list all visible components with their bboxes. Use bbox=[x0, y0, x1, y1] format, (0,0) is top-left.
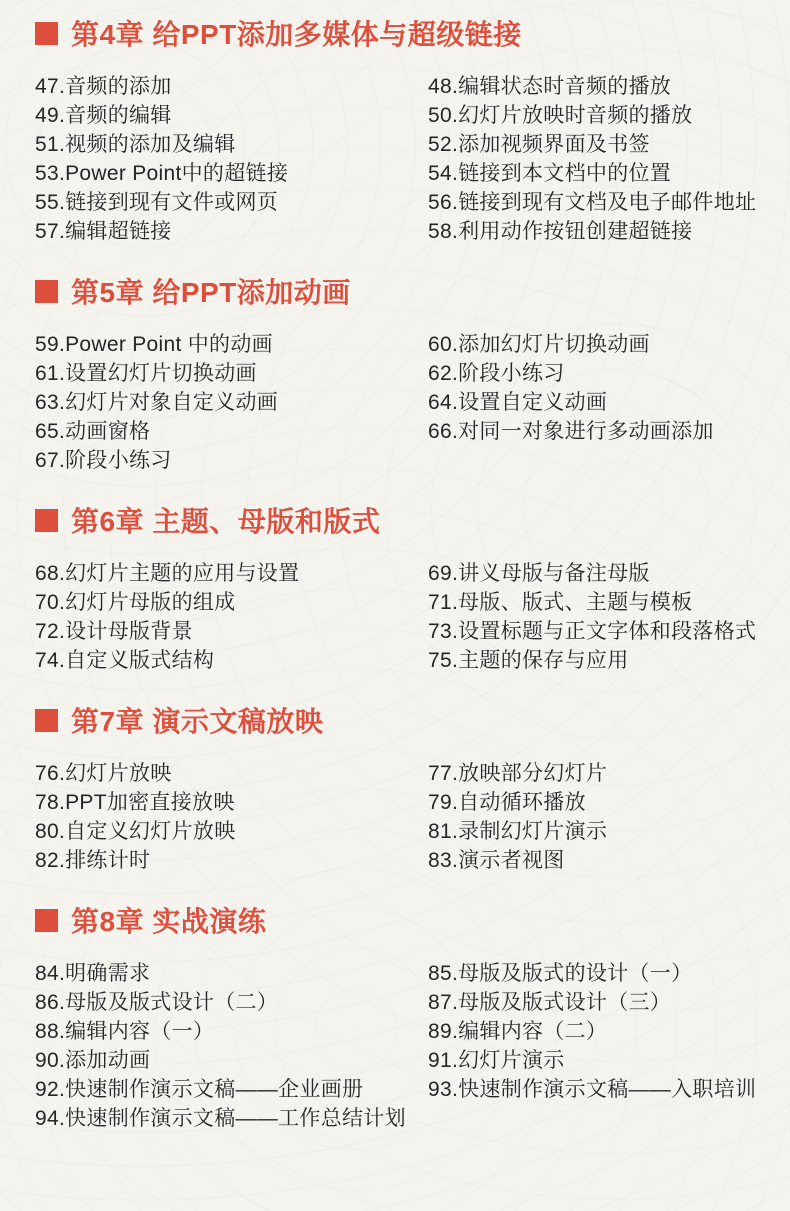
toc-item: 69.讲义母版与备注母版 bbox=[428, 559, 774, 588]
chapter-item-list: 76.幻灯片放映 77.放映部分幻灯片 78.PPT加密直接放映 79.自动循环… bbox=[35, 759, 774, 875]
toc-item: 89.编辑内容（二） bbox=[428, 1017, 774, 1046]
toc-item: 56.链接到现有文档及电子邮件地址 bbox=[428, 188, 774, 217]
toc-item: 54.链接到本文档中的位置 bbox=[428, 159, 774, 188]
toc-item: 85.母版及版式的设计（一） bbox=[428, 959, 774, 988]
toc-item: 64.设置自定义动画 bbox=[428, 388, 774, 417]
toc-item: 65.动画窗格 bbox=[35, 417, 428, 446]
toc-item: 59.Power Point 中的动画 bbox=[35, 330, 428, 359]
toc-item: 91.幻灯片演示 bbox=[428, 1046, 774, 1075]
chapter-title: 第6章 主题、母版和版式 bbox=[35, 505, 774, 539]
toc-item: 68.幻灯片主题的应用与设置 bbox=[35, 559, 428, 588]
square-bullet-icon bbox=[35, 280, 58, 303]
toc-item: 94.快速制作演示文稿——工作总结计划 bbox=[35, 1104, 428, 1133]
chapter-title: 第7章 演示文稿放映 bbox=[35, 705, 774, 739]
toc-item: 81.录制幻灯片演示 bbox=[428, 817, 774, 846]
chapter-title-text: 第4章 给PPT添加多媒体与超级链接 bbox=[71, 19, 522, 50]
toc-item: 84.明确需求 bbox=[35, 959, 428, 988]
toc-item: 71.母版、版式、主题与模板 bbox=[428, 588, 774, 617]
toc-item: 53.Power Point中的超链接 bbox=[35, 159, 428, 188]
toc-item: 49.音频的编辑 bbox=[35, 101, 428, 130]
chapter-item-list: 84.明确需求 85.母版及版式的设计（一） 86.母版及版式设计（二） 87.… bbox=[35, 959, 774, 1133]
chapter-item-list: 59.Power Point 中的动画 60.添加幻灯片切换动画 61.设置幻灯… bbox=[35, 330, 774, 475]
toc-item: 93.快速制作演示文稿——入职培训 bbox=[428, 1075, 774, 1104]
toc-item: 86.母版及版式设计（二） bbox=[35, 988, 428, 1017]
toc-item: 76.幻灯片放映 bbox=[35, 759, 428, 788]
chapter-section-6: 第6章 主题、母版和版式 68.幻灯片主题的应用与设置 69.讲义母版与备注母版… bbox=[35, 505, 774, 675]
chapter-title-text: 第6章 主题、母版和版式 bbox=[71, 506, 380, 537]
square-bullet-icon bbox=[35, 509, 58, 532]
toc-item: 80.自定义幻灯片放映 bbox=[35, 817, 428, 846]
toc-item: 52.添加视频界面及书签 bbox=[428, 130, 774, 159]
chapter-title-text: 第8章 实战演练 bbox=[71, 906, 266, 937]
chapter-title-text: 第7章 演示文稿放映 bbox=[71, 706, 323, 737]
toc-item: 88.编辑内容（一） bbox=[35, 1017, 428, 1046]
toc-item: 78.PPT加密直接放映 bbox=[35, 788, 428, 817]
chapter-section-4: 第4章 给PPT添加多媒体与超级链接 47.音频的添加 48.编辑状态时音频的播… bbox=[35, 18, 774, 246]
toc-item: 70.幻灯片母版的组成 bbox=[35, 588, 428, 617]
chapter-section-7: 第7章 演示文稿放映 76.幻灯片放映 77.放映部分幻灯片 78.PPT加密直… bbox=[35, 705, 774, 875]
toc-item: 90.添加动画 bbox=[35, 1046, 428, 1075]
square-bullet-icon bbox=[35, 22, 58, 45]
chapter-item-list: 47.音频的添加 48.编辑状态时音频的播放 49.音频的编辑 50.幻灯片放映… bbox=[35, 72, 774, 246]
toc-item: 74.自定义版式结构 bbox=[35, 646, 428, 675]
toc-item: 63.幻灯片对象自定义动画 bbox=[35, 388, 428, 417]
chapter-title-text: 第5章 给PPT添加动画 bbox=[71, 277, 351, 308]
square-bullet-icon bbox=[35, 709, 58, 732]
toc-item: 72.设计母版背景 bbox=[35, 617, 428, 646]
toc-item: 57.编辑超链接 bbox=[35, 217, 428, 246]
toc-item: 77.放映部分幻灯片 bbox=[428, 759, 774, 788]
chapter-section-5: 第5章 给PPT添加动画 59.Power Point 中的动画 60.添加幻灯… bbox=[35, 276, 774, 475]
toc-item: 79.自动循环播放 bbox=[428, 788, 774, 817]
course-toc-page: { "theme": { "accent_color": "#dd4f3c", … bbox=[0, 0, 790, 1211]
toc-item: 73.设置标题与正文字体和段落格式 bbox=[428, 617, 774, 646]
toc-item: 92.快速制作演示文稿——企业画册 bbox=[35, 1075, 428, 1104]
toc-item: 66.对同一对象进行多动画添加 bbox=[428, 417, 774, 446]
toc-item: 55.链接到现有文件或网页 bbox=[35, 188, 428, 217]
toc-item: 75.主题的保存与应用 bbox=[428, 646, 774, 675]
toc-item: 83.演示者视图 bbox=[428, 846, 774, 875]
chapter-title: 第4章 给PPT添加多媒体与超级链接 bbox=[35, 18, 774, 52]
chapter-section-8: 第8章 实战演练 84.明确需求 85.母版及版式的设计（一） 86.母版及版式… bbox=[35, 905, 774, 1133]
toc-item: 48.编辑状态时音频的播放 bbox=[428, 72, 774, 101]
toc-item: 62.阶段小练习 bbox=[428, 359, 774, 388]
toc-item: 58.利用动作按钮创建超链接 bbox=[428, 217, 774, 246]
toc-item: 61.设置幻灯片切换动画 bbox=[35, 359, 428, 388]
chapter-title: 第8章 实战演练 bbox=[35, 905, 774, 939]
chapter-title: 第5章 给PPT添加动画 bbox=[35, 276, 774, 310]
square-bullet-icon bbox=[35, 909, 58, 932]
toc-item: 60.添加幻灯片切换动画 bbox=[428, 330, 774, 359]
toc-item: 82.排练计时 bbox=[35, 846, 428, 875]
chapter-item-list: 68.幻灯片主题的应用与设置 69.讲义母版与备注母版 70.幻灯片母版的组成 … bbox=[35, 559, 774, 675]
toc-item: 51.视频的添加及编辑 bbox=[35, 130, 428, 159]
toc-item: 47.音频的添加 bbox=[35, 72, 428, 101]
toc-item: 87.母版及版式设计（三） bbox=[428, 988, 774, 1017]
toc-item: 67.阶段小练习 bbox=[35, 446, 428, 475]
toc-item: 50.幻灯片放映时音频的播放 bbox=[428, 101, 774, 130]
